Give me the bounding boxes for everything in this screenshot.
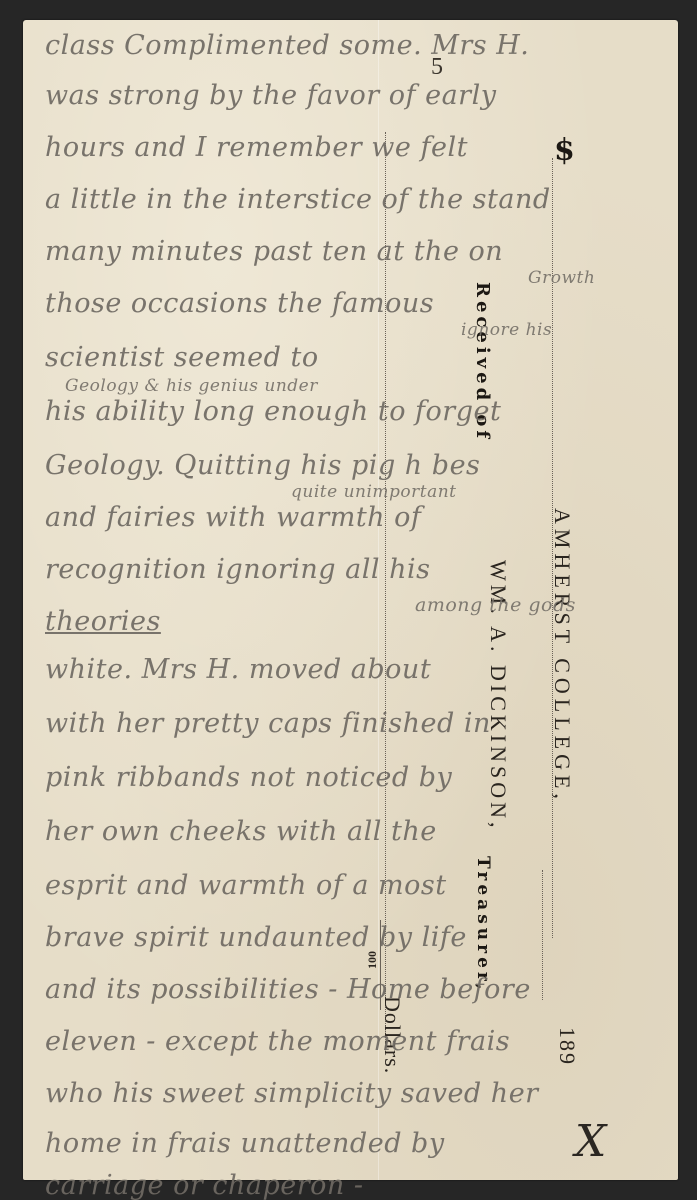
handwriting-line: esprit and warmth of a most — [45, 870, 447, 901]
handwriting-line: white. Mrs H. moved about — [45, 654, 431, 685]
handwriting-insertion: among the gods — [415, 594, 576, 616]
handwriting-line: scientist seemed to — [45, 342, 319, 373]
handwriting-line: his ability long enough to forget — [45, 396, 501, 427]
year-prefix: 189 — [554, 1027, 580, 1066]
receipt-dotted-line-lower — [542, 870, 543, 1000]
handwriting-insertion: quite unimportant — [291, 482, 457, 502]
handwriting-line: and fairies with warmth of — [45, 502, 421, 533]
treasurer-title: Treasurer, — [473, 856, 493, 994]
handwriting-line: a little in the interstice of the stand — [45, 184, 551, 215]
handwriting-line: her own cheeks with all the — [45, 816, 437, 847]
handwriting-insertion: ignore his — [461, 320, 552, 340]
handwriting-line: Geology. Quitting his pig h bes — [45, 450, 480, 481]
handwriting-insertion: Geology & his genius under — [65, 376, 318, 396]
receipt-dotted-line-left — [385, 132, 386, 1052]
handwriting-line: those occasions the famous — [45, 288, 434, 319]
handwriting-line: was strong by the favor of early — [45, 80, 496, 111]
handwriting-line: who his sweet simplicity saved her — [45, 1078, 539, 1109]
handwriting-insertion: Growth — [528, 268, 595, 288]
handwriting-line: eleven - except the moment frais — [45, 1026, 510, 1057]
dollar-sign-glyph: $ — [554, 133, 575, 168]
end-mark: X — [575, 1116, 606, 1167]
handwriting-line: many minutes past ten at the on — [45, 236, 503, 267]
cents-denominator: 100 — [365, 951, 380, 969]
handwriting-line: theories — [45, 606, 161, 637]
handwriting-line: class Complimented some. Mrs H. — [45, 30, 529, 61]
handwriting-line: home in frais unattended by — [45, 1128, 445, 1159]
institution-name: AMHERST COLLEGE, — [549, 508, 575, 804]
handwriting-line: brave spirit undaunted by life — [45, 922, 467, 953]
handwriting-line: carriage or chaperon - — [45, 1170, 363, 1200]
handwriting-line: pink ribbands not noticed by — [45, 762, 452, 793]
handwriting-line: and its possibilities - Home before — [45, 974, 531, 1005]
handwriting-line: with her pretty caps finished in — [45, 708, 491, 739]
letter-page: 5 $ Received of WM. A. DICKINSON, Treasu… — [23, 20, 678, 1180]
handwriting-line: recognition ignoring all his — [45, 554, 430, 585]
handwriting-line: hours and I remember we felt — [45, 132, 468, 163]
